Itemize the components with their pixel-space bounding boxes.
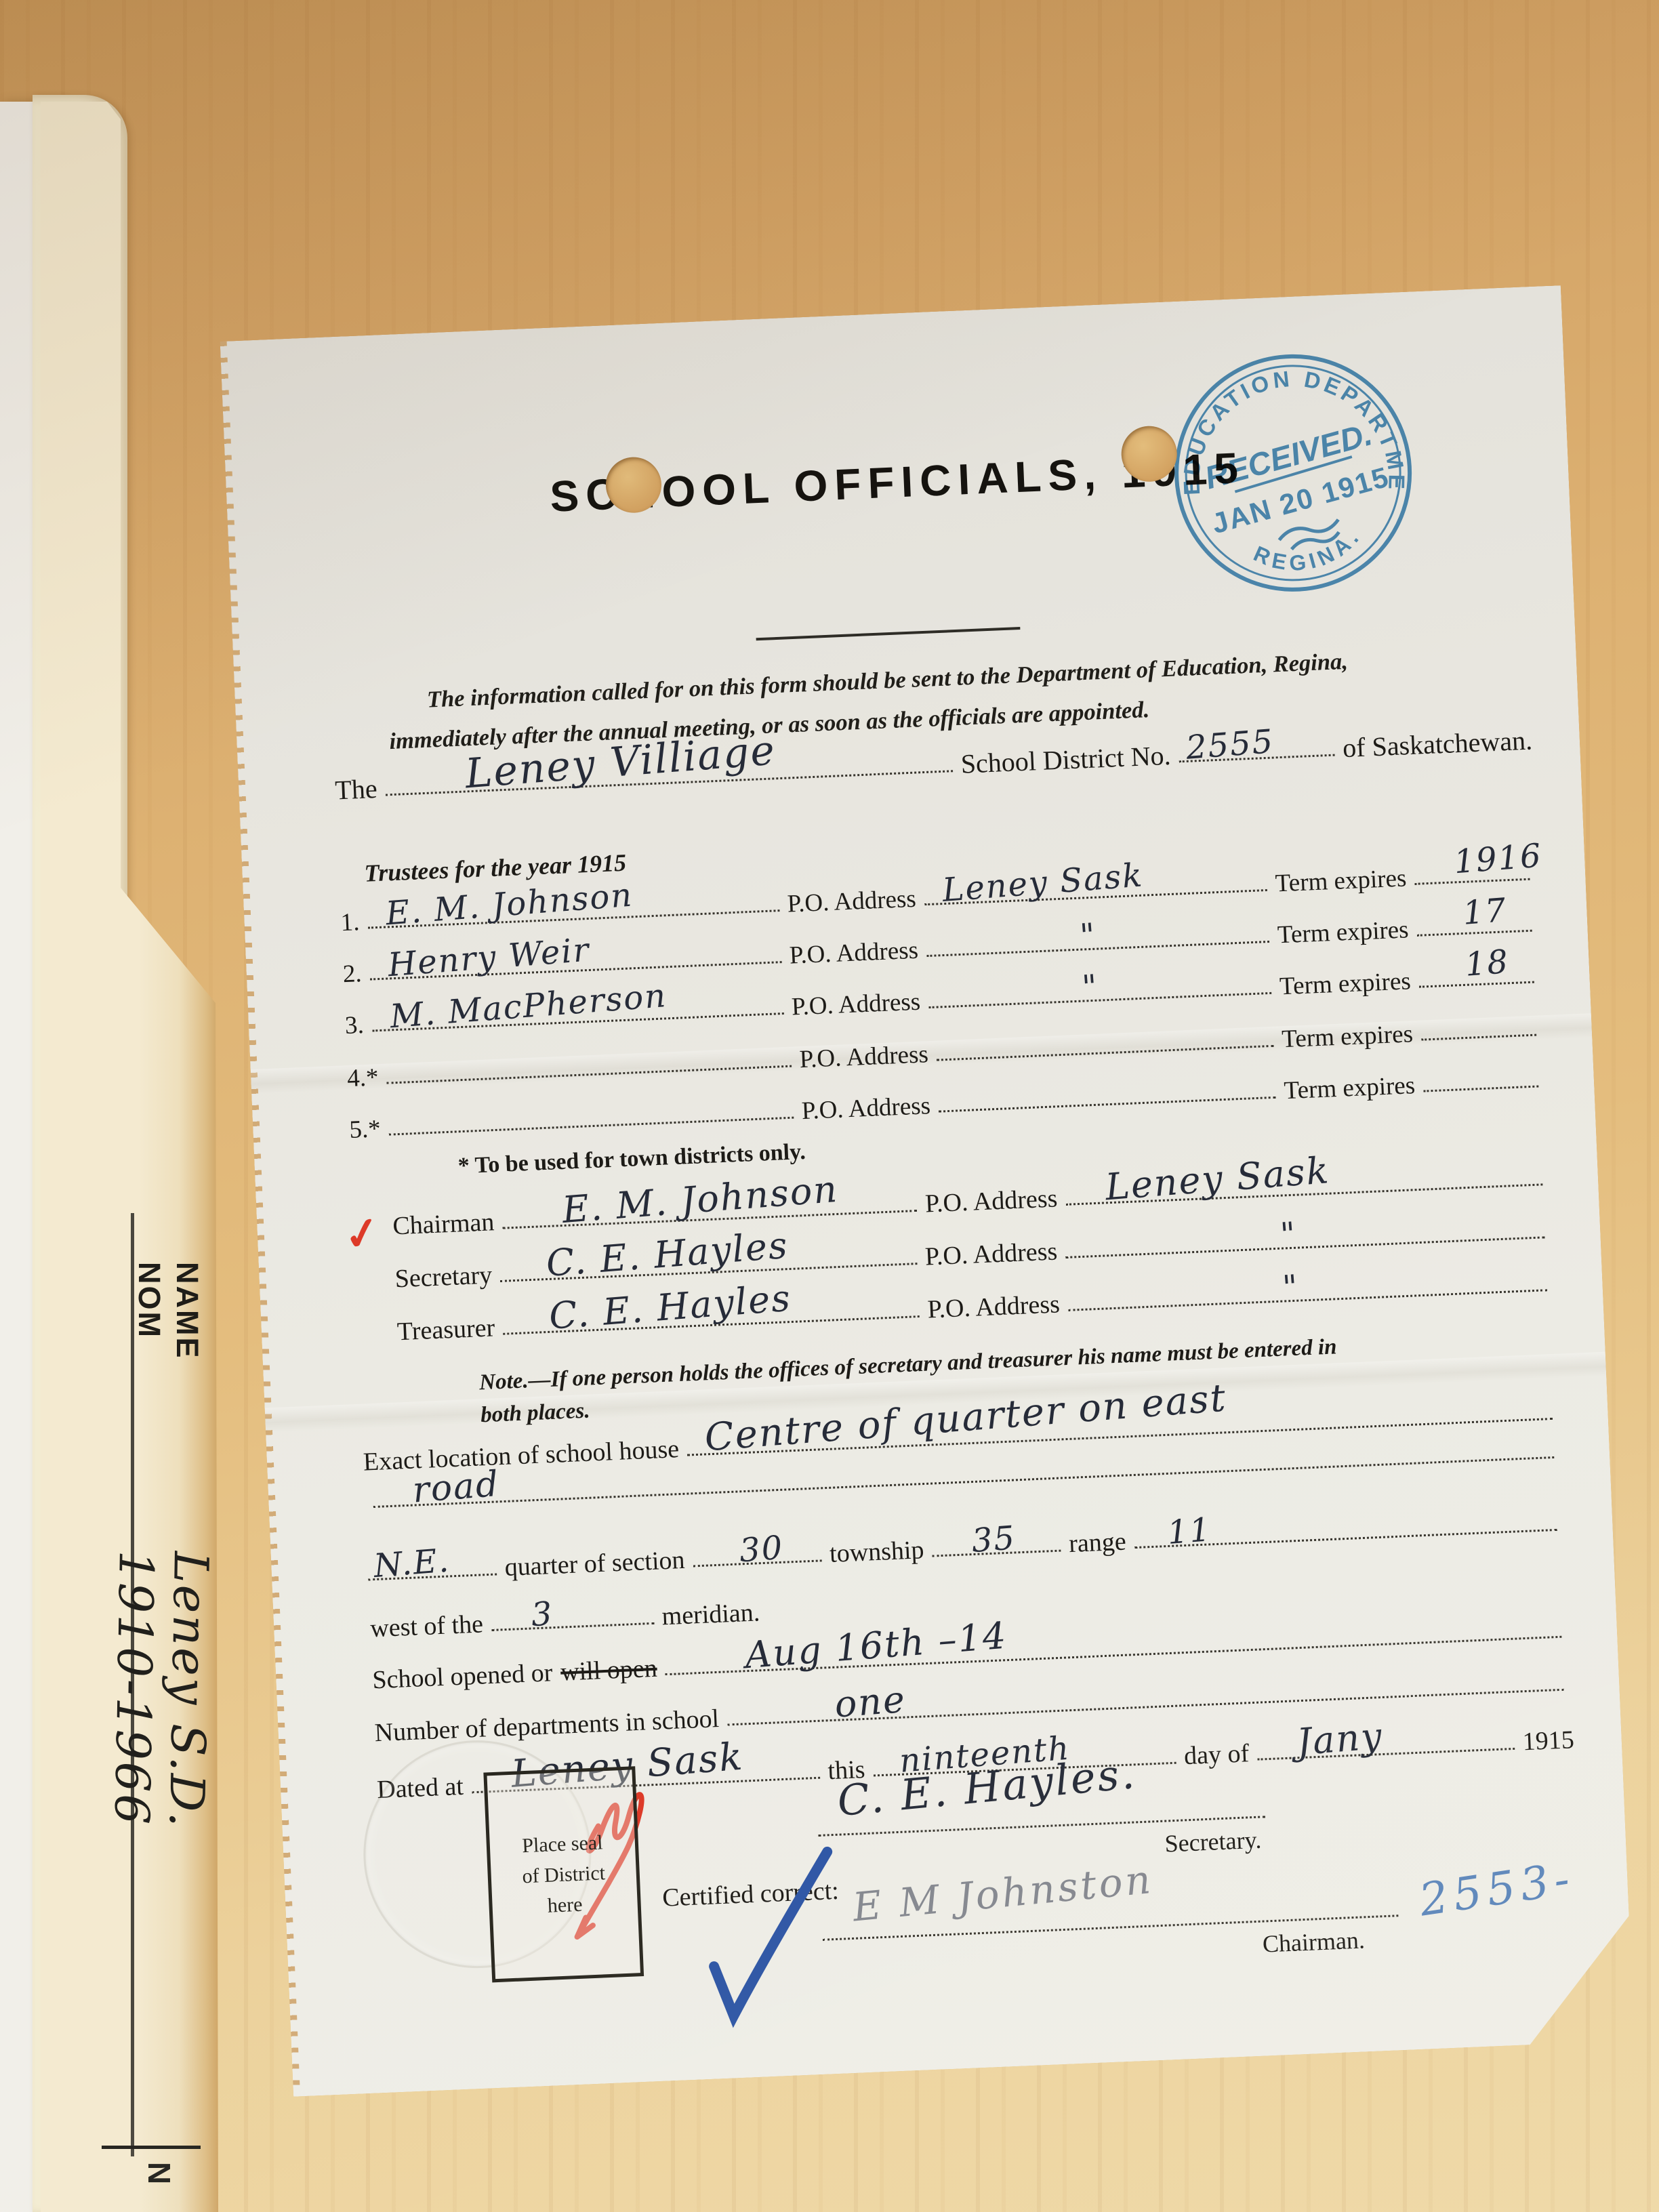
row-number: 2.: [342, 961, 362, 988]
range-label: range: [1068, 1529, 1126, 1558]
secretary-name-field: C. E. Hayles: [500, 1263, 917, 1282]
district-number-handwriting: 2555: [1185, 725, 1275, 764]
of-saskatchewan-label: of Saskatchewan.: [1342, 726, 1532, 762]
trustee-name-handwriting: Henry Weir: [386, 933, 590, 981]
po-address-label: P.O. Address: [801, 1093, 931, 1125]
chairman-po-handwriting: Leney Sask: [1104, 1152, 1331, 1206]
trustee-name-handwriting: M. MacPherson: [389, 979, 668, 1033]
trustee-name-field: [387, 1065, 792, 1084]
secretary-name-handwriting: C. E. Hayles: [545, 1227, 790, 1282]
term-field: [1423, 1085, 1538, 1092]
received-stamp: EDUCATION DEPARTMENT REGINA. RECEIVED. J…: [1157, 337, 1429, 609]
po-address-field: [937, 1045, 1274, 1061]
po-address-label: P.O. Address: [924, 1238, 1058, 1271]
township-handwriting: 35: [970, 1521, 1017, 1557]
departments-field: one: [727, 1689, 1563, 1726]
secretary-po-field: ": [1065, 1236, 1544, 1258]
range-handwriting: 11: [1166, 1513, 1212, 1549]
red-check-icon: ✓: [340, 1206, 385, 1262]
treasurer-label: Treasurer: [396, 1315, 495, 1346]
po-address-field: ": [928, 992, 1271, 1008]
row-number: 4.*: [347, 1065, 380, 1092]
term-field: 1916: [1415, 878, 1530, 885]
po-address-label: P.O. Address: [787, 886, 917, 918]
nom-label: NOM: [130, 1262, 168, 1360]
district-number-field: 2555: [1179, 754, 1335, 763]
section-field: 30: [693, 1559, 822, 1567]
location-handwriting-2: road: [411, 1467, 501, 1509]
chairman-label: Chairman: [392, 1209, 495, 1240]
range-field: 11: [1134, 1529, 1557, 1549]
treasurer-name-handwriting: C. E. Hayles: [548, 1279, 792, 1334]
day-of-label: day of: [1183, 1740, 1250, 1770]
po-address-label: P.O. Address: [799, 1042, 929, 1073]
folder-tab-label: NAME NOM: [130, 1262, 207, 1360]
school-opened-label: School opened or: [372, 1660, 553, 1694]
term-expires-label: Term expires: [1279, 968, 1411, 1000]
term-expires-label: Term expires: [1277, 917, 1409, 949]
meridian-handwriting: 3: [530, 1597, 554, 1631]
township-label: township: [829, 1537, 924, 1568]
treasurer-po-field: ": [1068, 1289, 1547, 1311]
treasurer-name-field: C. E. Hayles: [503, 1315, 920, 1335]
row-number: 3.: [344, 1012, 364, 1040]
chairman-po-field: Leney Sask: [1066, 1183, 1543, 1205]
quarter-field: N.E.: [368, 1573, 497, 1580]
seal-box-line-3: here: [547, 1889, 583, 1921]
opened-date-handwriting: Aug 16th –14: [744, 1618, 1009, 1675]
folder-district-name: Leney S.D.: [159, 1551, 218, 1830]
po-address-label: P.O. Address: [791, 989, 921, 1021]
district-name-field: Leney Villiage: [386, 770, 953, 796]
departments-handwriting: one: [833, 1681, 907, 1723]
opened-date-field: Aug 16th –14: [665, 1636, 1562, 1675]
po-address-ditto: ": [1081, 970, 1100, 1004]
seal-box-line-1: Place seal: [521, 1827, 603, 1861]
row-number: 1.: [340, 909, 360, 937]
row-number: 5.*: [349, 1116, 382, 1144]
trustee-name-field: E. M. Johnson: [368, 909, 779, 928]
trustee-name-field: [389, 1116, 794, 1135]
meridian-label: meridian.: [661, 1599, 760, 1631]
trustee-name-field: M. MacPherson: [372, 1012, 783, 1031]
the-label: The: [335, 775, 378, 805]
po-address-field: [939, 1097, 1276, 1113]
po-address-field: Leney Sask: [924, 889, 1267, 905]
blue-check-icon: [683, 1840, 854, 2036]
seal-box-line-2: of District: [522, 1858, 606, 1891]
folder-district-years: 1910-1966: [104, 1550, 164, 1828]
term-handwriting: 1916: [1453, 839, 1543, 878]
secretary-label: Secretary: [394, 1262, 493, 1293]
chairman-role-label: Chairman.: [1262, 1925, 1366, 1958]
quarter-of-section-label: quarter of section: [504, 1547, 685, 1582]
term-handwriting: 17: [1462, 894, 1509, 930]
printed-year: 1915: [1522, 1727, 1575, 1756]
dated-month-field: Jany: [1257, 1748, 1515, 1761]
section-handwriting: 30: [738, 1531, 785, 1567]
trustee-name-handwriting: E. M. Johnson: [384, 878, 634, 930]
secretary-po-ditto: ": [1279, 1218, 1298, 1252]
term-field: 17: [1417, 930, 1532, 937]
po-address-label: P.O. Address: [789, 938, 919, 970]
name-label: NAME: [168, 1262, 206, 1360]
term-field: [1421, 1033, 1536, 1040]
seal-box: Place seal of District here: [483, 1766, 644, 1982]
title-underline-rule: [756, 627, 1021, 640]
po-address-ditto: ": [1079, 919, 1098, 953]
quarter-handwriting: N.E.: [373, 1544, 451, 1582]
folder-bottom-rule-line: [102, 2146, 201, 2149]
location-field: Centre of quarter on east: [687, 1418, 1553, 1456]
dated-month-handwriting: Jany: [1295, 1718, 1384, 1761]
school-officials-form: SCHOOL OFFICIALS, 1915 The information c…: [220, 285, 1635, 2097]
meridian-field: 3: [491, 1622, 654, 1631]
chairman-signature-handwriting: E M Johnston: [851, 1856, 1155, 1931]
blue-district-number: 2553-: [1416, 1852, 1578, 1927]
treasurer-po-ditto: ": [1282, 1271, 1300, 1305]
chairman-name-handwriting: E. M. Johnson: [561, 1171, 840, 1229]
po-address-handwriting: Leney Sask: [941, 859, 1145, 907]
term-expires-label: Term expires: [1282, 1021, 1414, 1053]
term-field: 18: [1419, 981, 1534, 987]
po-address-field: ": [926, 941, 1269, 957]
term-expires-label: Term expires: [1275, 865, 1407, 897]
folder-handwriting: Leney S.D. 1910-1966: [104, 1550, 218, 1830]
trustee-name-field: Henry Weir: [370, 961, 781, 980]
township-field: 35: [933, 1550, 1061, 1557]
term-expires-label: Term expires: [1284, 1073, 1416, 1105]
will-open-struck-label: will open: [560, 1656, 657, 1687]
folder-partial-letter: N: [141, 2162, 178, 2184]
west-of-the-label: west of the: [370, 1611, 484, 1643]
term-handwriting: 18: [1464, 945, 1511, 981]
district-no-label: School District No.: [960, 741, 1171, 779]
location-label: Exact location of school house: [363, 1436, 680, 1476]
secretary-role-label: Secretary.: [1164, 1826, 1262, 1858]
po-address-label: P.O. Address: [927, 1291, 1061, 1324]
po-address-label: P.O. Address: [924, 1185, 1058, 1218]
chairman-name-field: E. M. Johnson: [503, 1210, 918, 1229]
